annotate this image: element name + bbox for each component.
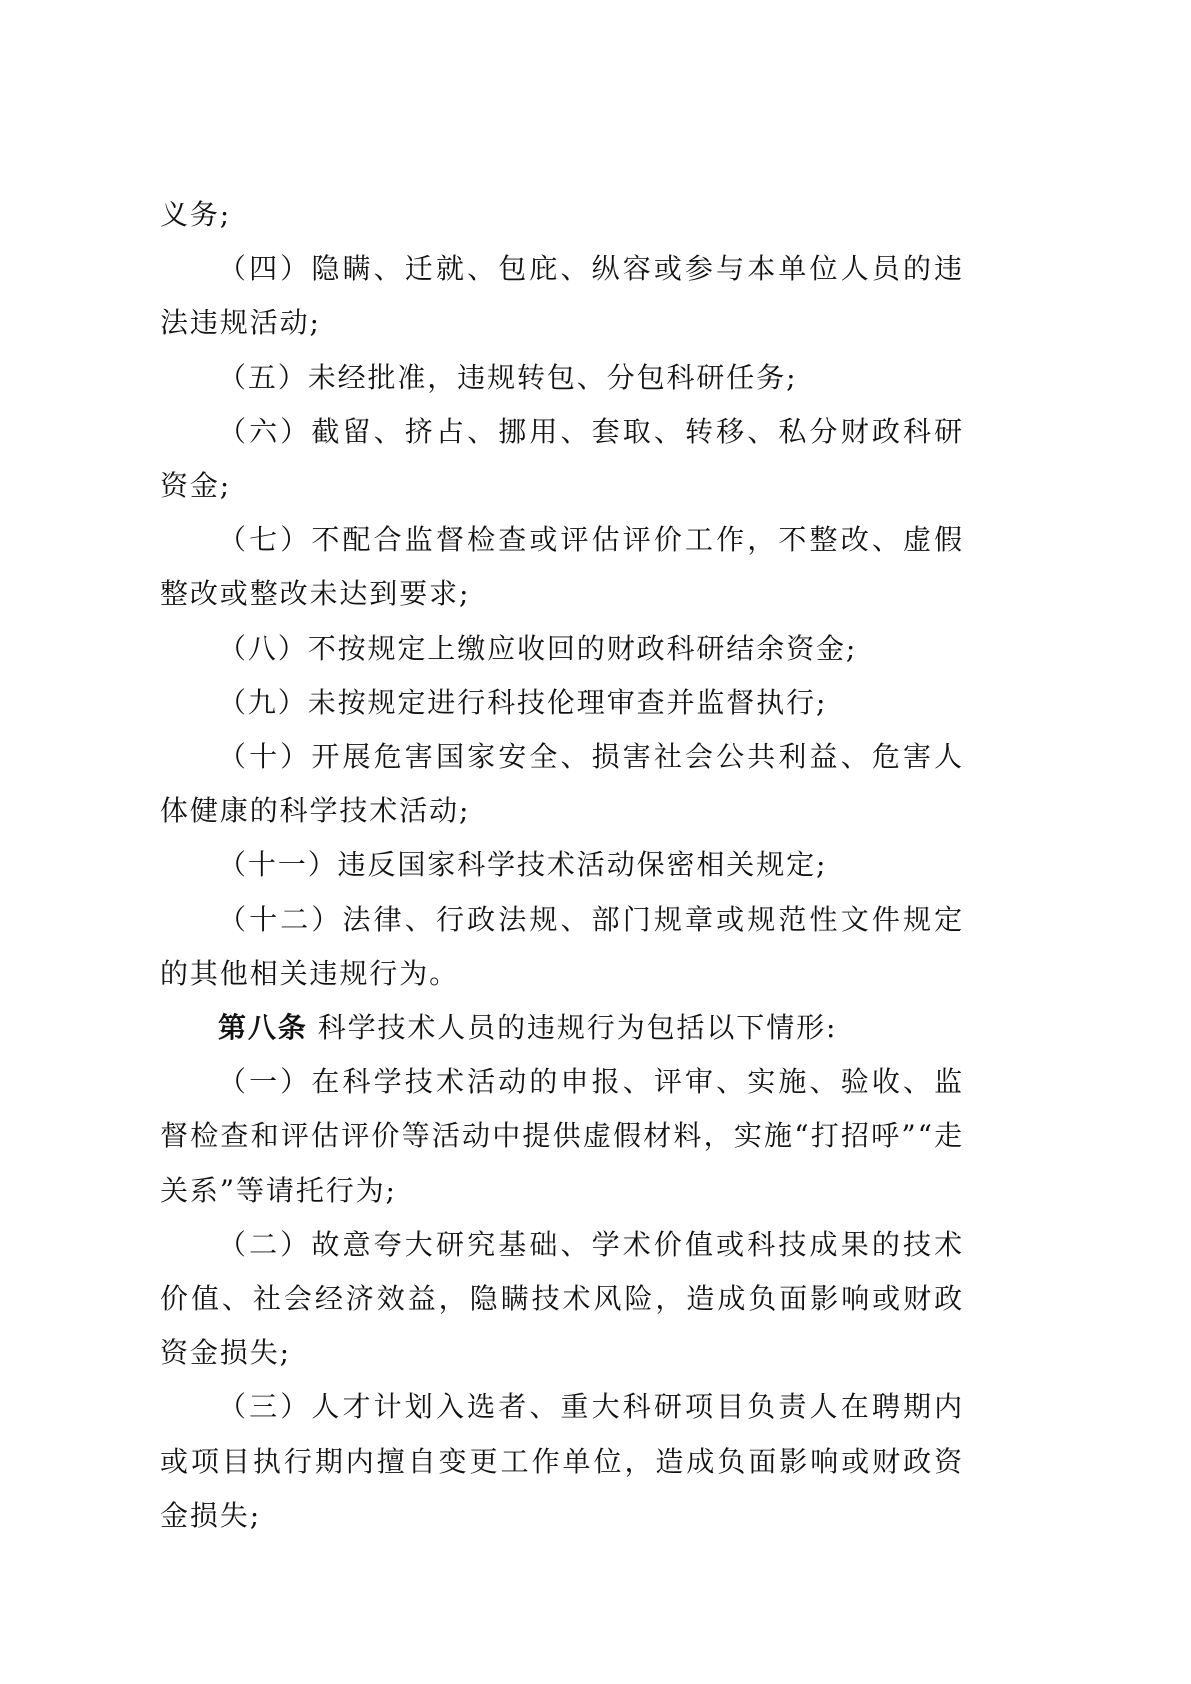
list-item-6: （六）截留、挤占、挪用、套取、转移、私分财政科研资金;	[160, 405, 964, 513]
article-label: 第八条	[218, 1011, 308, 1044]
list-item-9: （九）未按规定进行科技伦理审查并监督执行;	[160, 676, 964, 730]
list-item-7: （七）不配合监督检查或评估评价工作，不整改、虚假整改或整改未达到要求;	[160, 513, 964, 621]
article-8-heading: 第八条科学技术人员的违规行为包括以下情形:	[160, 1001, 964, 1055]
list-item-11: （十一）违反国家科学技术活动保密相关规定;	[160, 838, 964, 892]
paragraph-continuation: 义务;	[160, 188, 964, 242]
article-item-2: （二）故意夸大研究基础、学术价值或科技成果的技术价值、社会经济效益，隐瞒技术风险…	[160, 1218, 964, 1381]
article-item-3: （三）人才计划入选者、重大科研项目负责人在聘期内或项目执行期内擅自变更工作单位，…	[160, 1380, 964, 1543]
list-item-5: （五）未经批准，违规转包、分包科研任务;	[160, 351, 964, 405]
document-page: 义务; （四）隐瞒、迁就、包庇、纵容或参与本单位人员的违法违规活动; （五）未经…	[160, 188, 964, 1543]
list-item-10: （十）开展危害国家安全、损害社会公共利益、危害人体健康的科学技术活动;	[160, 730, 964, 838]
article-item-1: （一）在科学技术活动的申报、评审、实施、验收、监督检查和评估评价等活动中提供虚假…	[160, 1055, 964, 1218]
list-item-8: （八）不按规定上缴应收回的财政科研结余资金;	[160, 622, 964, 676]
article-intro: 科学技术人员的违规行为包括以下情形:	[318, 1011, 838, 1044]
list-item-4: （四）隐瞒、迁就、包庇、纵容或参与本单位人员的违法违规活动;	[160, 242, 964, 350]
list-item-12: （十二）法律、行政法规、部门规章或规范性文件规定的其他相关违规行为。	[160, 893, 964, 1001]
